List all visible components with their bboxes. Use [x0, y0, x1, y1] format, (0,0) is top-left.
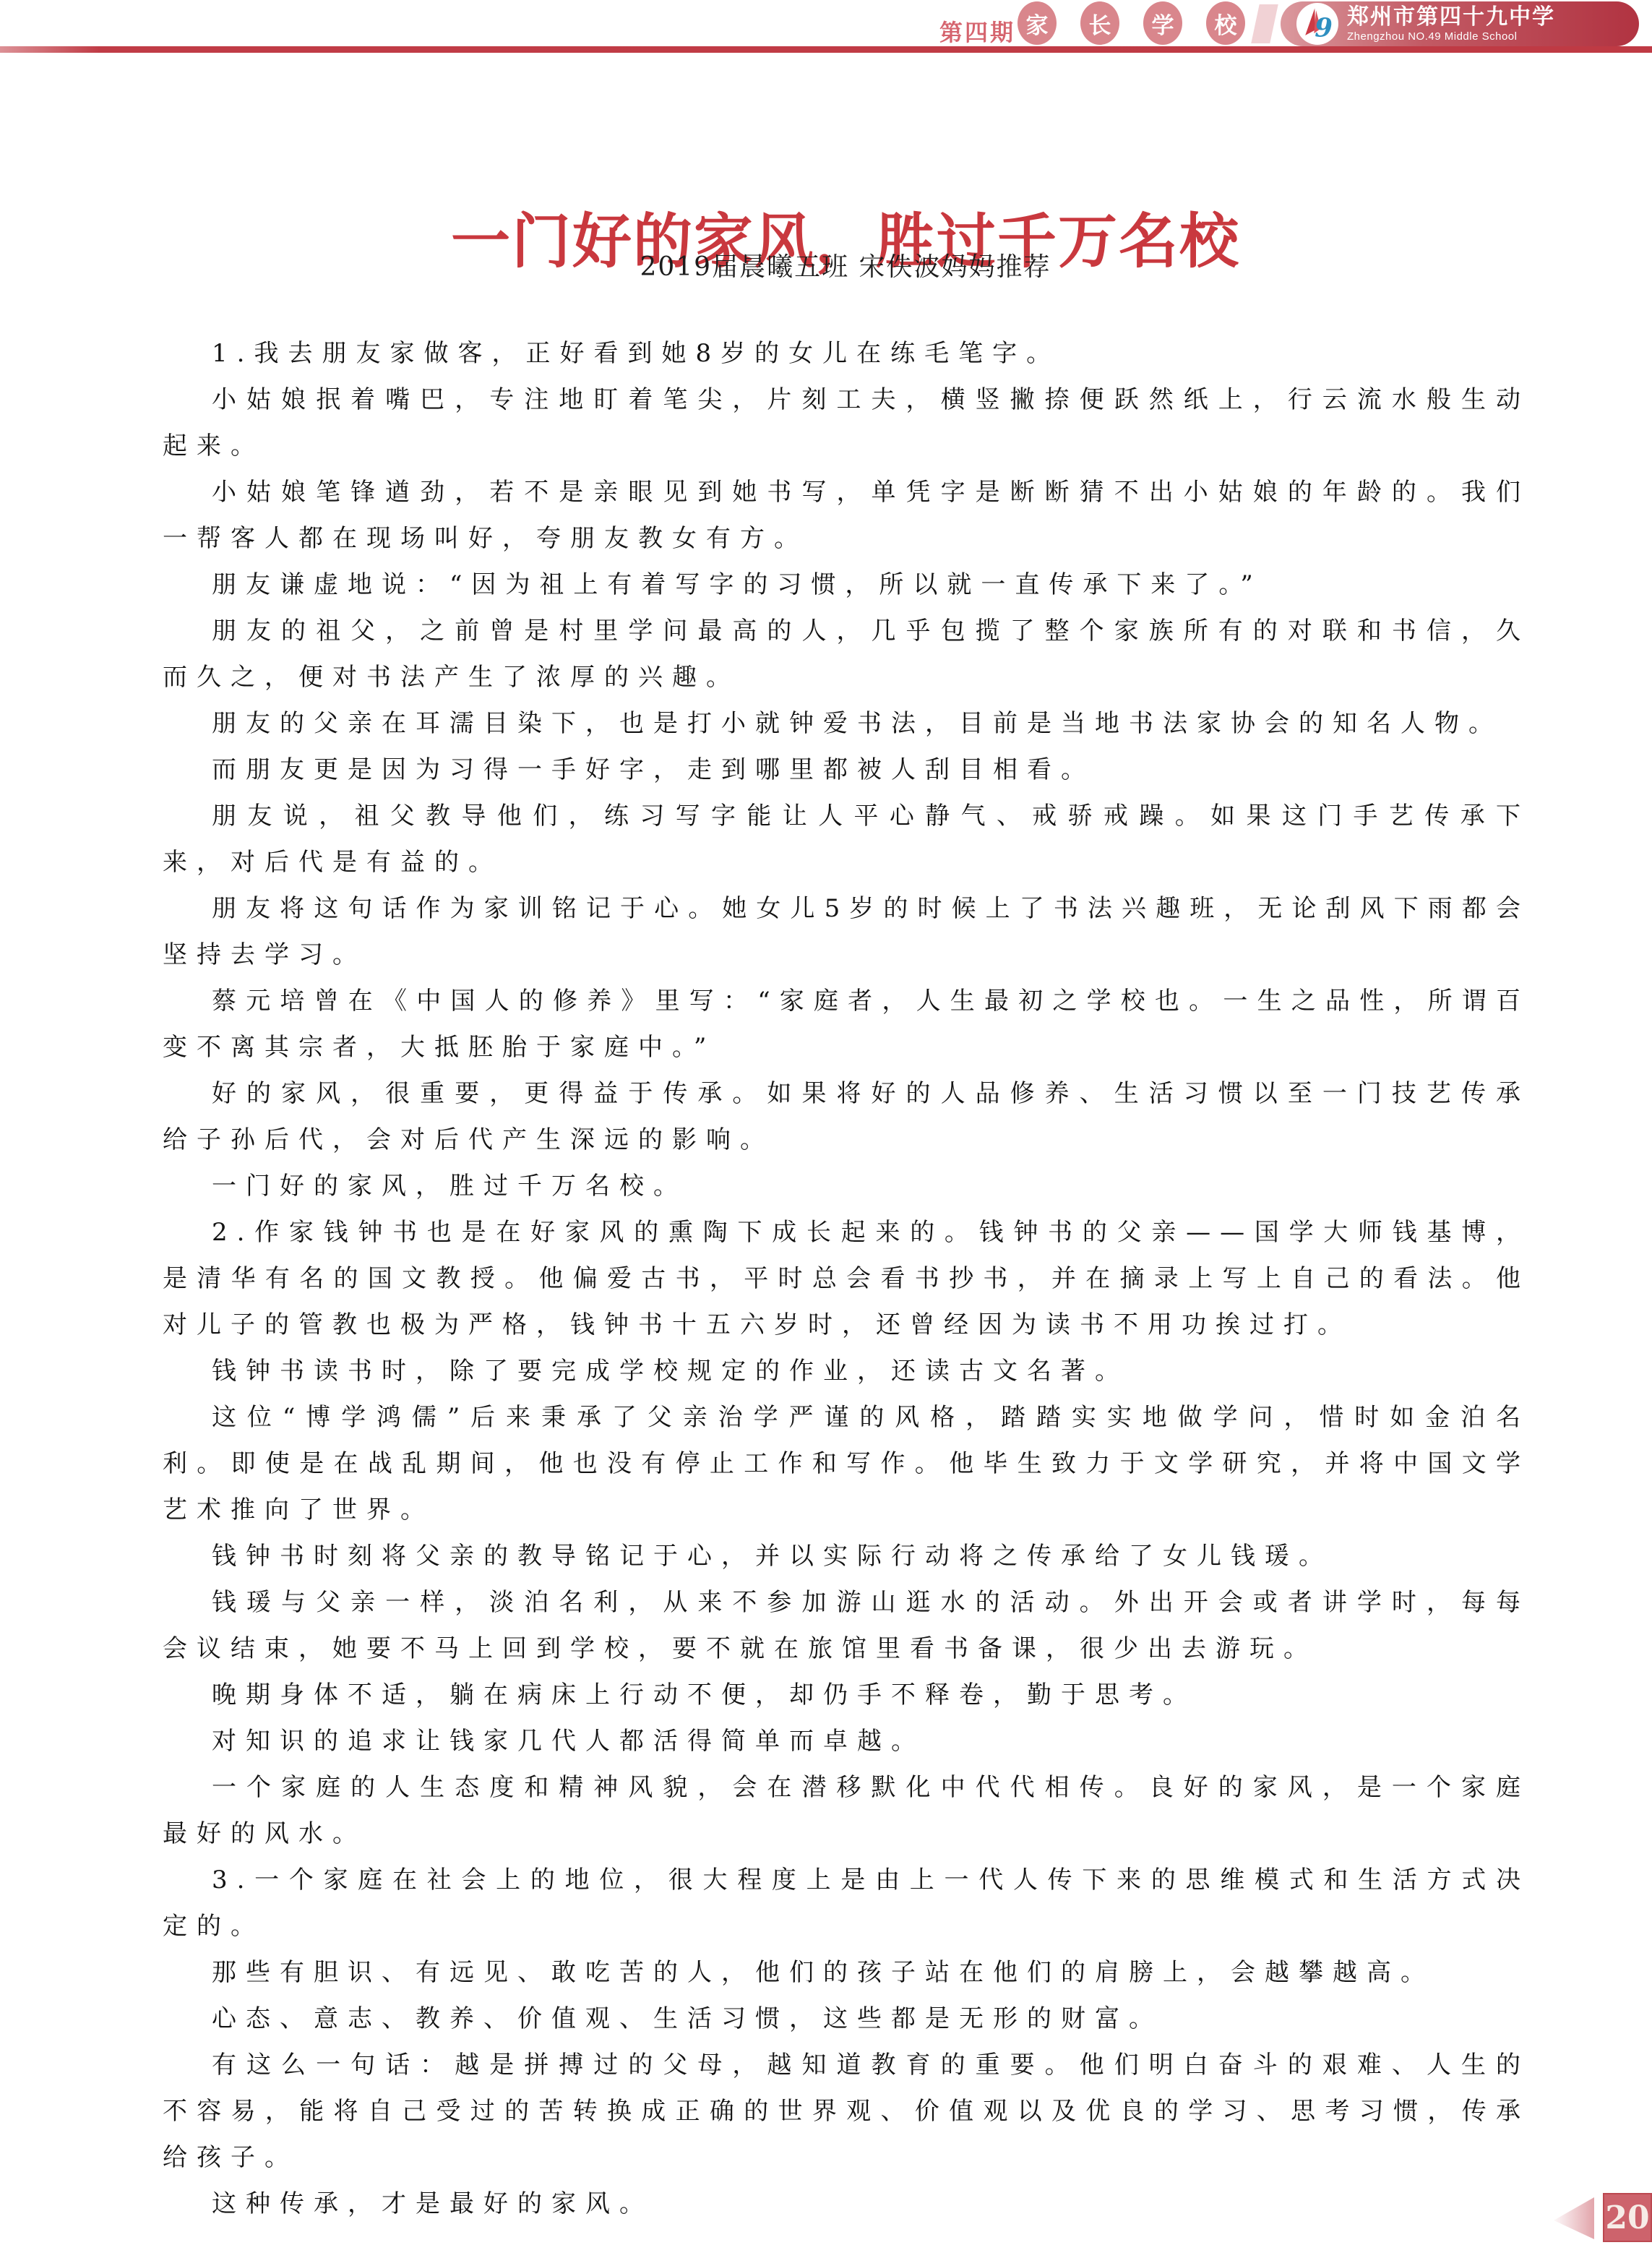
body-paragraph: 那些有胆识、有远见、敢吃苦的人，他们的孩子站在他们的肩膀上，会越攀越高。 — [163, 1949, 1530, 1996]
body-paragraph: 对知识的追求让钱家几代人都活得简单而卓越。 — [163, 1718, 1530, 1764]
article-body: 1.我去朋友家做客，正好看到她8岁的女儿在练毛笔字。小姑娘抿着嘴巴，专注地盯着笔… — [163, 330, 1530, 2227]
school-name-cn: 郑州市第四十九中学 — [1347, 7, 1555, 28]
body-paragraph: 1.我去朋友家做客，正好看到她8岁的女儿在练毛笔字。 — [163, 330, 1530, 377]
body-paragraph: 有这么一句话：越是拼搏过的父母，越知道教育的重要。他们明白奋斗的艰难、人生的不容… — [163, 2042, 1530, 2181]
body-paragraph: 钱瑗与父亲一样，淡泊名利，从来不参加游山逛水的活动。外出开会或者讲学时，每每会议… — [163, 1579, 1530, 1672]
body-paragraph: 2.作家钱钟书也是在好家风的熏陶下成长起来的。钱钟书的父亲——国学大师钱基博，是… — [163, 1209, 1530, 1348]
body-paragraph: 一门好的家风，胜过千万名校。 — [163, 1163, 1530, 1209]
page-number-arrow-icon — [1554, 2197, 1594, 2239]
body-paragraph: 晚期身体不适，躺在病床上行动不便，却仍手不释卷，勤于思考。 — [163, 1672, 1530, 1718]
page-number: 20 — [1603, 2193, 1652, 2242]
body-paragraph: 心态、意志、教养、价值观、生活习惯，这些都是无形的财富。 — [163, 1996, 1530, 2042]
body-paragraph: 钱钟书读书时，除了要完成学校规定的作业，还读古文名著。 — [163, 1348, 1530, 1394]
school-name-en: Zhengzhou NO.49 Middle School — [1347, 31, 1555, 42]
body-paragraph: 小姑娘抿着嘴巴，专注地盯着笔尖，片刻工夫，横竖撇捺便跃然纸上，行云流水般生动起来… — [163, 377, 1530, 469]
body-paragraph: 朋友谦虚地说：“因为祖上有着写字的习惯，所以就一直传承下来了。” — [163, 562, 1530, 608]
magazine-page: 第四期 家长学校 9 郑州市第四十九中学 Zhengzhou NO.49 Mid… — [0, 0, 1652, 2245]
school-logo-49-icon: 9 — [1296, 3, 1338, 45]
body-paragraph: 这位“博学鸿儒”后来秉承了父亲治学严谨的风格，踏踏实实地做学问，惜时如金泊名利。… — [163, 1394, 1530, 1533]
article-byline: 2019届晨曦五班 宋佚波妈妈推荐 — [163, 254, 1528, 280]
body-paragraph: 小姑娘笔锋遒劲，若不是亲眼见到她书写，单凭字是断断猜不出小姑娘的年龄的。我们一帮… — [163, 469, 1530, 562]
badge-character: 学 — [1143, 1, 1182, 45]
school-names: 郑州市第四十九中学 Zhengzhou NO.49 Middle School — [1347, 7, 1555, 42]
body-paragraph: 蔡元培曾在《中国人的修养》里写：“家庭者，人生最初之学校也。一生之品性，所谓百变… — [163, 978, 1530, 1070]
badge-character: 家 — [1018, 1, 1057, 45]
body-paragraph: 朋友将这句话作为家训铭记于心。她女儿5岁的时候上了书法兴趣班，无论刮风下雨都会坚… — [163, 885, 1530, 978]
parent-school-badges: 家长学校 — [1018, 1, 1245, 45]
header-rule — [0, 46, 1652, 53]
svg-text:9: 9 — [1315, 14, 1333, 43]
body-paragraph: 一个家庭的人生态度和精神风貌，会在潜移默化中代代相传。良好的家风，是一个家庭最好… — [163, 1764, 1530, 1857]
body-paragraph: 这种传承，才是最好的家风。 — [163, 2181, 1530, 2227]
body-paragraph: 3.一个家庭在社会上的地位，很大程度上是由上一代人传下来的思维模式和生活方式决定… — [163, 1857, 1530, 1949]
school-banner: 9 郑州市第四十九中学 Zhengzhou NO.49 Middle Schoo… — [1281, 1, 1639, 46]
issue-label: 第四期 — [939, 14, 1015, 48]
badge-character: 长 — [1080, 1, 1119, 45]
body-paragraph: 钱钟书时刻将父亲的教导铭记于心，并以实际行动将之传承给了女儿钱瑗。 — [163, 1533, 1530, 1579]
body-paragraph: 好的家风，很重要，更得益于传承。如果将好的人品修养、生活习惯以至一门技艺传承给子… — [163, 1070, 1530, 1163]
body-paragraph: 朋友说，祖父教导他们，练习写字能让人平心静气、戒骄戒躁。如果这门手艺传承下来，对… — [163, 793, 1530, 885]
body-paragraph: 朋友的祖父，之前曾是村里学问最高的人，几乎包揽了整个家族所有的对联和书信，久而久… — [163, 608, 1530, 700]
decorative-wedge — [1251, 4, 1278, 43]
body-paragraph: 朋友的父亲在耳濡目染下，也是打小就钟爱书法，目前是当地书法家协会的知名人物。 — [163, 700, 1530, 747]
badge-character: 校 — [1206, 1, 1245, 45]
body-paragraph: 而朋友更是因为习得一手好字，走到哪里都被人刮目相看。 — [163, 747, 1530, 793]
page-header: 第四期 家长学校 9 郑州市第四十九中学 Zhengzhou NO.49 Mid… — [0, 0, 1652, 53]
